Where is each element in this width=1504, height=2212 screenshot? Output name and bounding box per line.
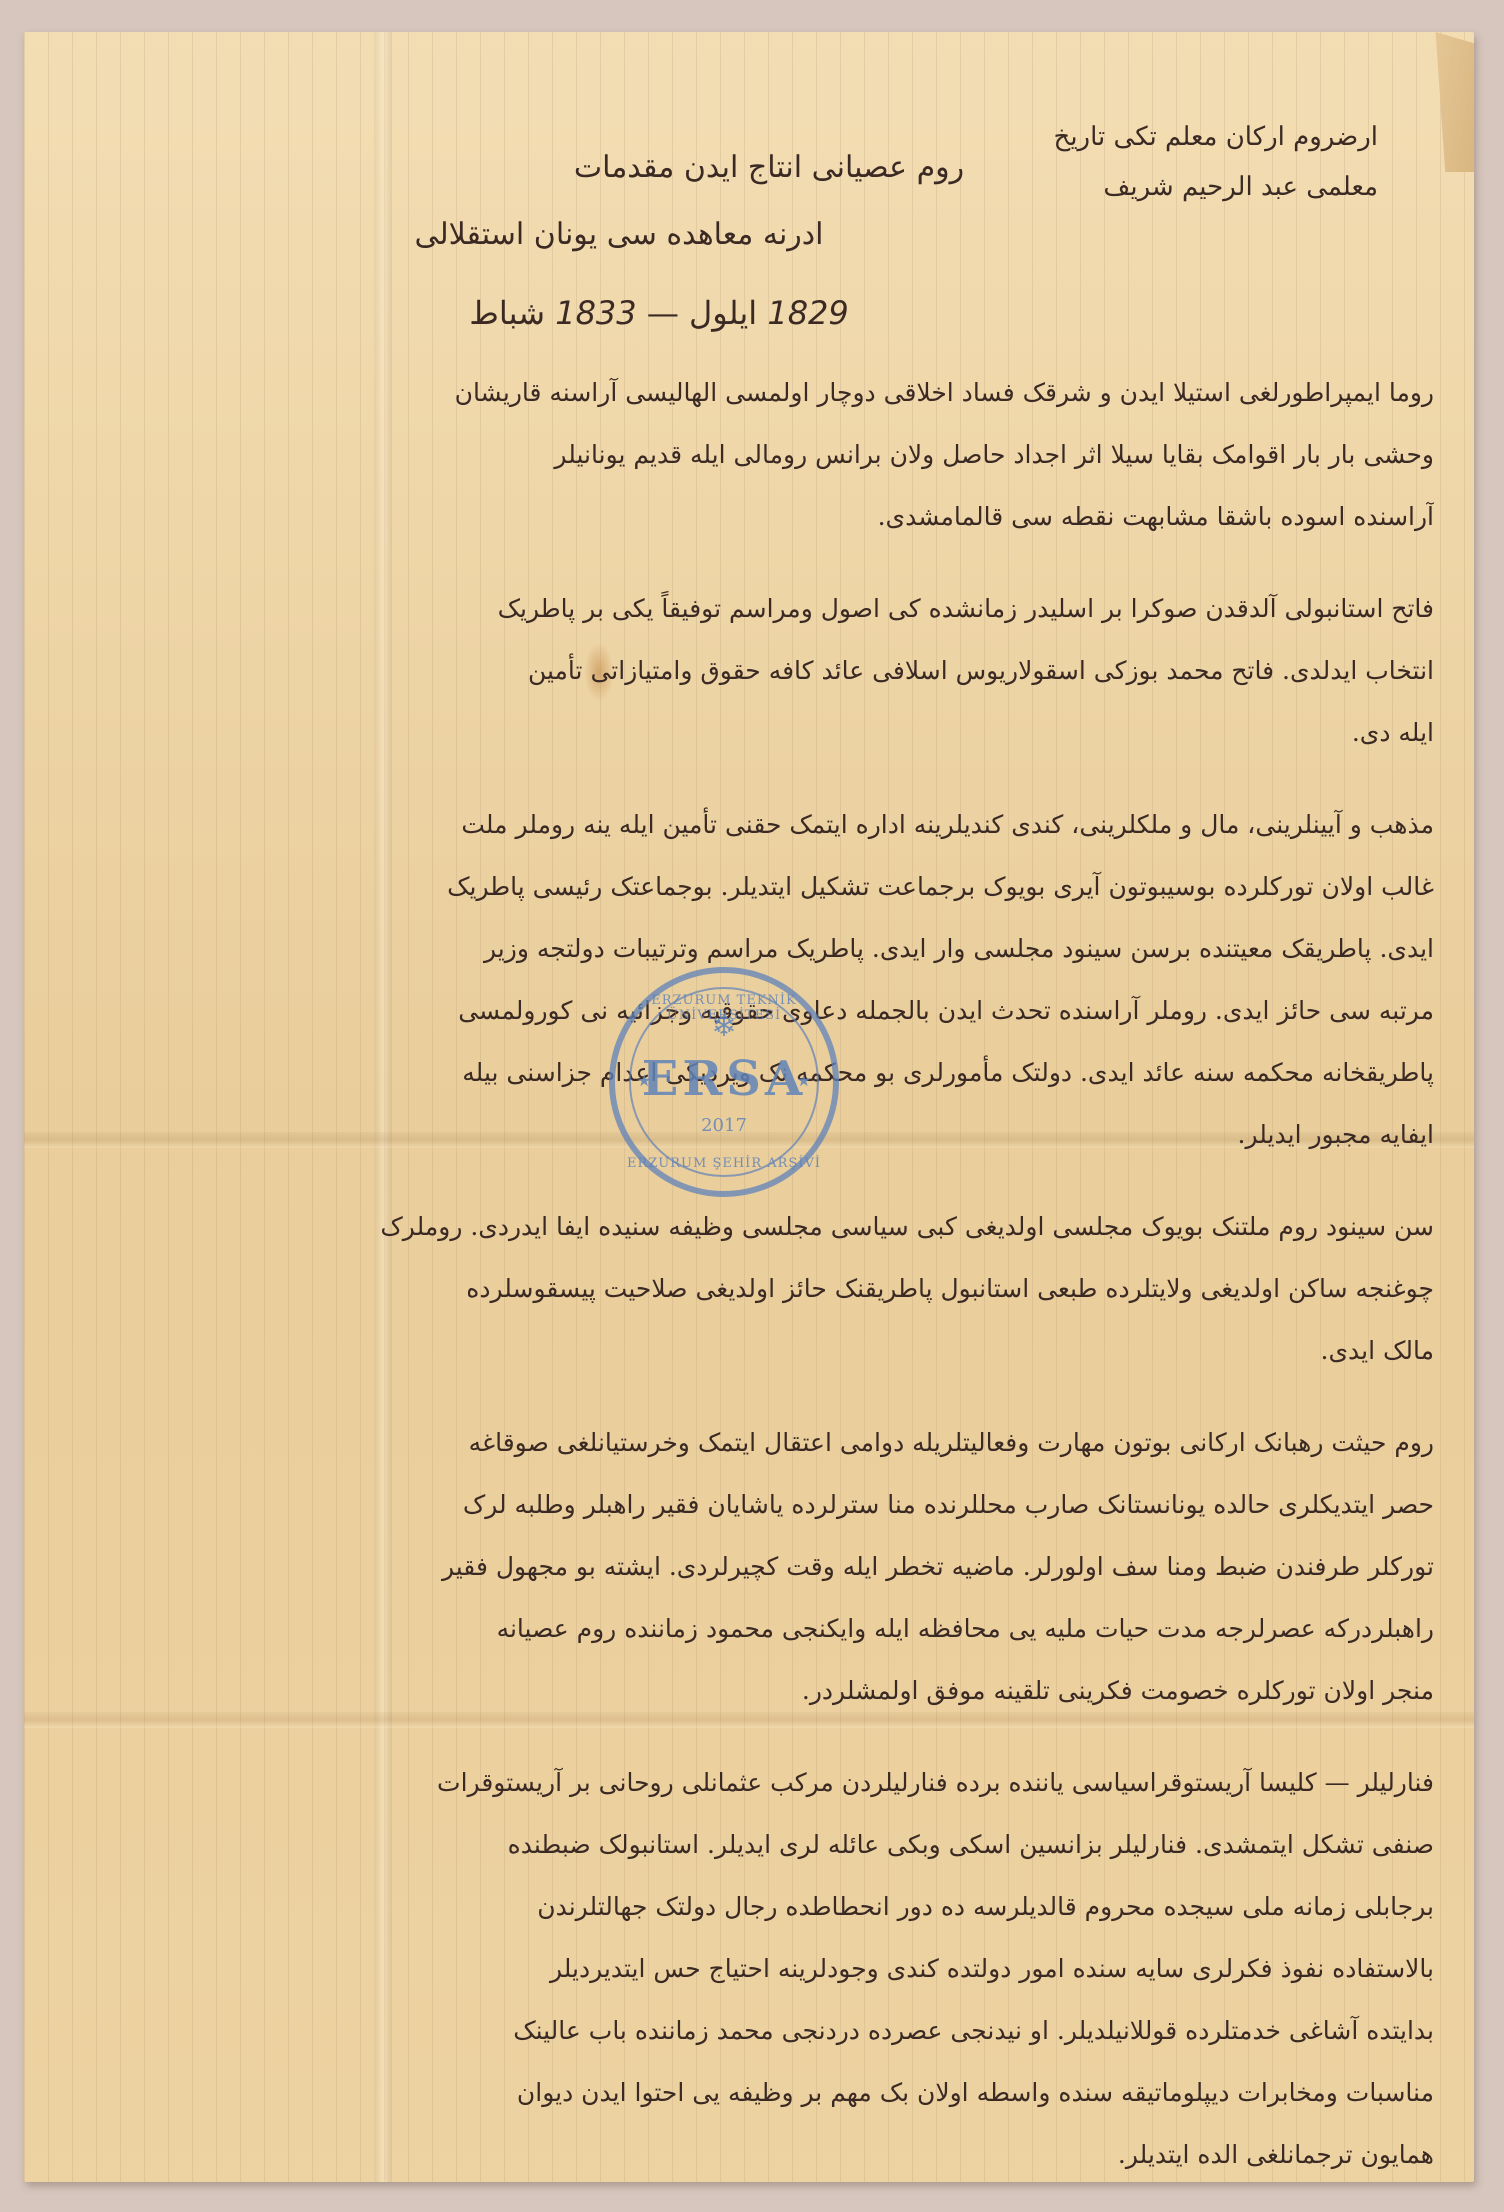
snowflake-icon: ❄ <box>615 1009 833 1044</box>
paragraph-gap <box>84 1382 1434 1412</box>
text-line: راهبلردرکه عصرلرجه مدت حیات ملیه یی محاف… <box>84 1598 1434 1660</box>
text-line: وحشی بار بار اقوامک بقایا سیلا اثر اجداد… <box>84 424 1434 486</box>
text-line: ایله دی. <box>84 702 1434 764</box>
paragraph-gap <box>84 764 1434 794</box>
stamp-bottom-text: ERZURUM ŞEHİR ARŞİVİ <box>615 1156 833 1171</box>
end-year: 1833 <box>555 294 636 332</box>
text-line: بالاستفاده نفوذ فکرلری سایه سنده امور دو… <box>84 1938 1434 2000</box>
start-year: 1829 <box>767 294 848 332</box>
end-month: شباط <box>469 294 545 332</box>
paragraph: فنارلیلر — کلیسا آریستوقراسیاسی یاننده ب… <box>84 1752 1434 2186</box>
text-line: غالب اولان تورکلرده بوسیبوتون آیری بویوک… <box>84 856 1434 918</box>
paragraph: فاتح استانبولی آلدقدن صوکرا بر اسلیدر زم… <box>84 578 1434 764</box>
document-body: روما ایمپراطورلغی استیلا ایدن و شرقک فسا… <box>84 362 1434 2186</box>
paragraph: روم حیثت رهبانک ارکانی بوتون مهارت وفعال… <box>84 1412 1434 1722</box>
text-line: چوغنجه ساکن اولدیغی ولایتلرده طبعی استان… <box>84 1258 1434 1320</box>
paragraph: سن سینود روم ملتنک بویوک مجلسی اولدیغی ک… <box>84 1196 1434 1382</box>
paragraph-gap <box>84 1722 1434 1752</box>
archive-stamp: ERZURUM TEKNİK ÜNİVERSİTESİ ❄ ★ ERSA ★ 2… <box>609 967 839 1197</box>
text-line: انتخاب ایدلدی. فاتح محمد بوزکی اسقولاریو… <box>84 640 1434 702</box>
star-icon: ★ <box>797 1071 811 1090</box>
text-line: سن سینود روم ملتنک بویوک مجلسی اولدیغی ک… <box>84 1196 1434 1258</box>
text-line: روم حیثت رهبانک ارکانی بوتون مهارت وفعال… <box>84 1412 1434 1474</box>
text-line: فاتح استانبولی آلدقدن صوکرا بر اسلیدر زم… <box>84 578 1434 640</box>
paragraph-gap <box>84 548 1434 578</box>
text-line: تورکلر طرفندن ضبط ومنا سف اولورلر. ماضیه… <box>84 1536 1434 1598</box>
text-line: مذهب و آیینلرینی، مال و ملکلرینی، کندی ک… <box>84 794 1434 856</box>
document-page: ارضروم ارکان معلم تکی تاریخ معلمی عبد ال… <box>24 32 1474 2182</box>
text-line: صنفی تشکل ایتمشدی. فنارلیلر بزانسین اسکی… <box>84 1814 1434 1876</box>
start-month: ایلول <box>689 294 757 332</box>
date-separator: — <box>647 294 679 332</box>
text-line: مالک ایدی. <box>84 1320 1434 1382</box>
text-line: روما ایمپراطورلغی استیلا ایدن و شرقک فسا… <box>84 362 1434 424</box>
text-line: بدایتده آشاغی خدمتلرده قوللانیلدیلر. او … <box>84 2000 1434 2062</box>
paragraph: روما ایمپراطورلغی استیلا ایدن و شرقک فسا… <box>84 362 1434 548</box>
document-subtitle: ادرنه معاهده سی یونان استقلالی <box>24 217 1474 252</box>
text-line: حصر ایتدیکلری حالده یونانستانک صارب محلل… <box>84 1474 1434 1536</box>
stamp-year: 2017 <box>615 1115 833 1136</box>
text-line: فنارلیلر — کلیسا آریستوقراسیاسی یاننده ب… <box>84 1752 1434 1814</box>
text-line: مناسبات ومخابرات دیپلوماتیقه سنده واسطه … <box>84 2062 1434 2124</box>
date-range: 1829 ایلول — 1833 شباط <box>24 294 1474 332</box>
document-title: روم عصیانی انتاج ایدن مقدمات <box>24 150 1474 185</box>
text-line: ایدی. پاطریقک معیتنده برسن سینود مجلسی و… <box>84 918 1434 980</box>
text-line: همایون ترجمانلغی الده ایتدیلر. <box>84 2124 1434 2186</box>
text-line: برجابلی زمانه ملی سیجده محروم قالدیلرسه … <box>84 1876 1434 1938</box>
text-line: منجر اولان تورکلره خصومت فکرینی تلقینه م… <box>84 1660 1434 1722</box>
text-line: آراسنده اسوده باشقا مشابهت نقطه سی قالما… <box>84 486 1434 548</box>
